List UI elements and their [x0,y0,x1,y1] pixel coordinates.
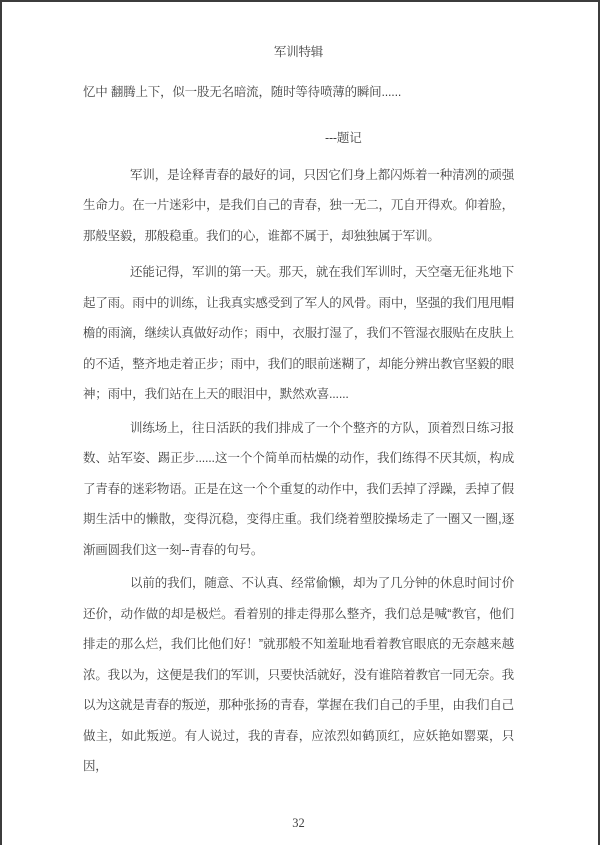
epigraph-line: ---题记 [83,123,514,154]
body-paragraph: 还能记得，军训的第一天。那天，就在我们军训时，天空毫无征兆地下起了雨。雨中的训练… [83,257,514,410]
document-page: 军训特辑 忆中 翻腾上下，似一股无名暗流，随时等待喷薄的瞬间...... ---… [0,0,600,845]
page-number: 32 [83,816,514,830]
body-paragraph: 以前的我们，随意、不认真、经常偷懒，却为了几分钟的休息时间讨价还价，动作做的却是… [83,568,514,782]
opening-line: 忆中 翻腾上下，似一股无名暗流，随时等待喷薄的瞬间...... [83,77,514,108]
body-paragraph: 训练场上，往日活跃的我们排成了一个个整齐的方队，顶着烈日练习报数、站军姿、踢正步… [83,413,514,566]
document-title: 军训特辑 [83,37,514,68]
body-paragraph: 军训，是诠释青春的最好的词，只因它们身上都闪烁着一种清冽的顽强生命力。在一片迷彩… [83,160,514,252]
